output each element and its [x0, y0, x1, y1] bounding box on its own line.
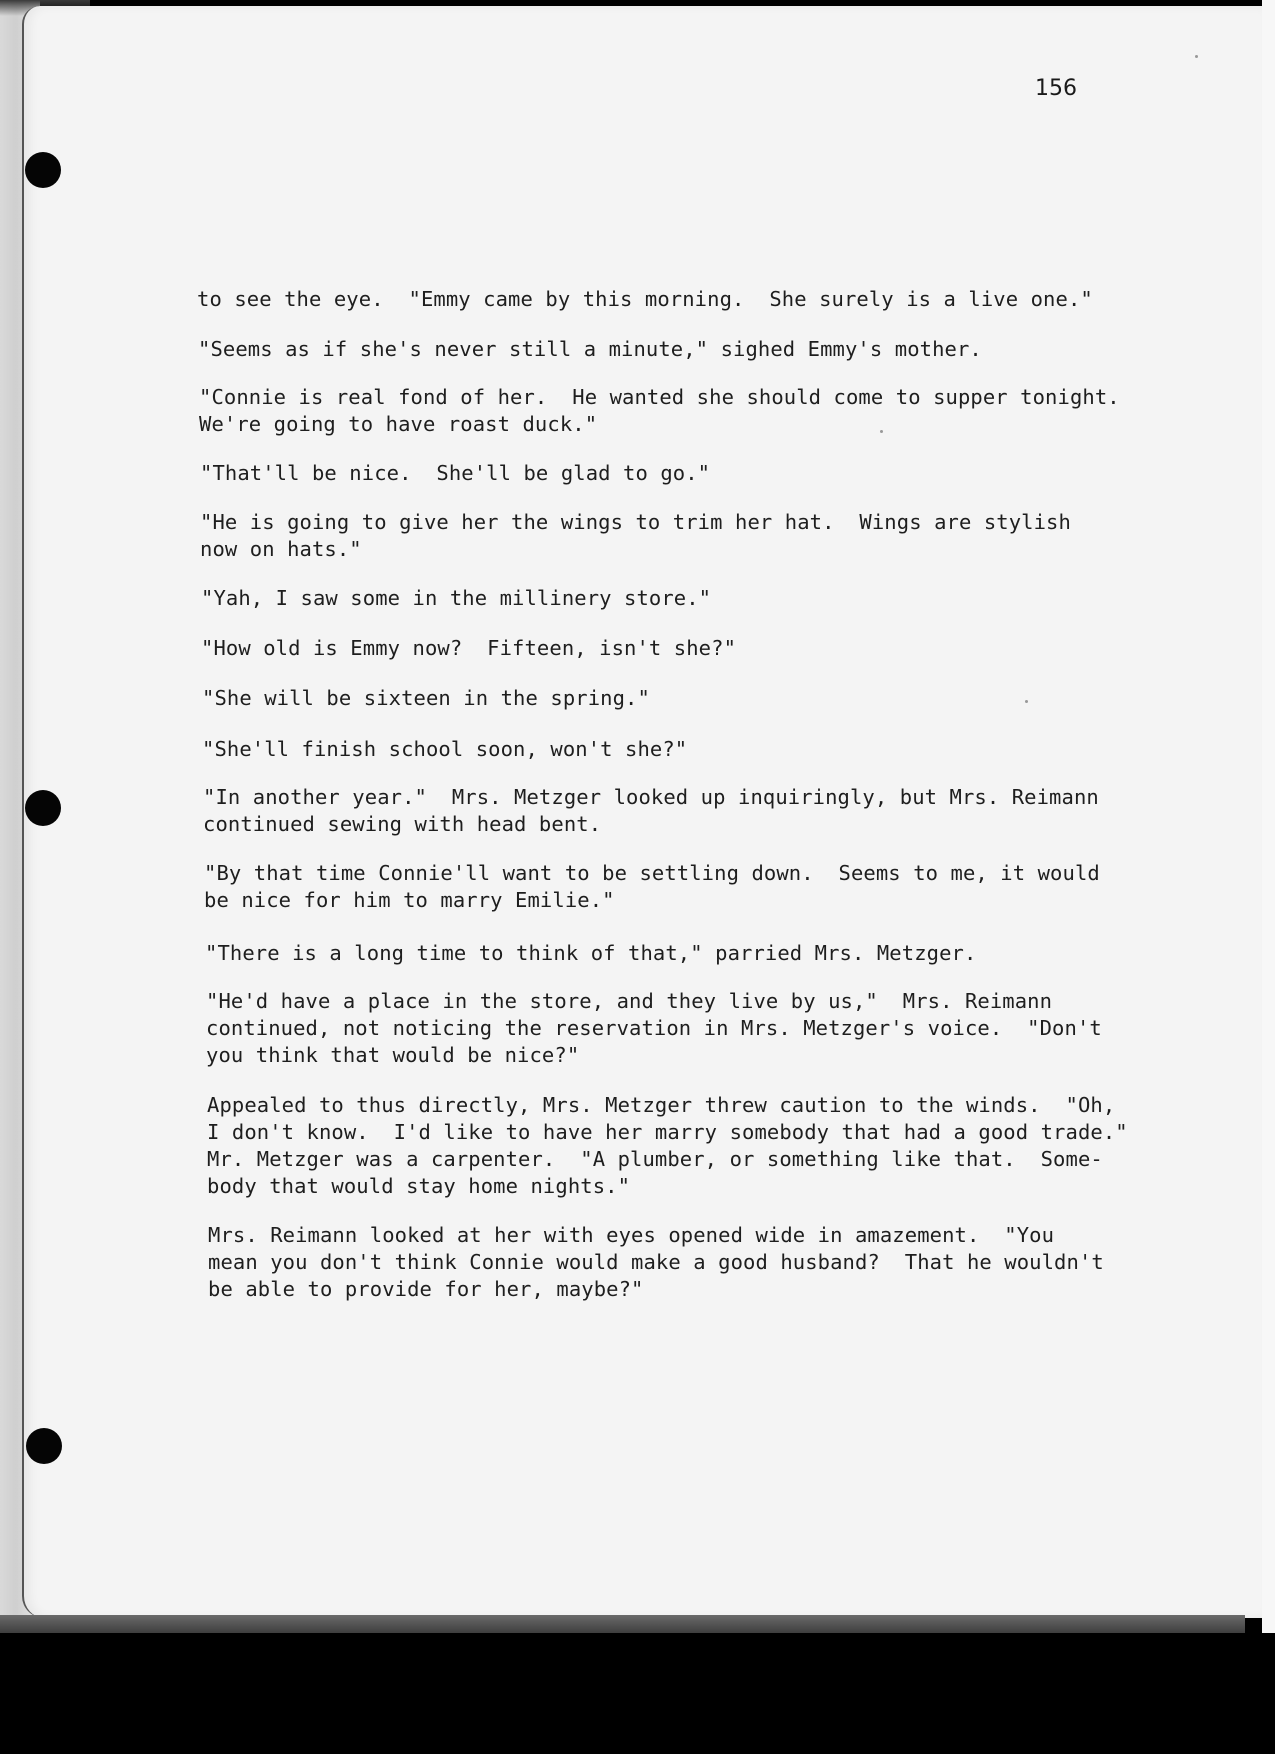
paragraph-5-line-1: "He is going to give her the wings to tr… — [200, 509, 1071, 536]
paper-speck — [1025, 700, 1028, 703]
paragraph-11-line-1: "By that time Connie'll want to be settl… — [204, 860, 1100, 887]
paragraph-14-line-3: Mr. Metzger was a carpenter. "A plumber,… — [207, 1146, 1103, 1173]
paragraph-8-line-1: "She will be sixteen in the spring." — [202, 685, 650, 712]
paragraph-14-line-2: I don't know. I'd like to have her marry… — [207, 1119, 1128, 1146]
paragraph-15-line-1: Mrs. Reimann looked at her with eyes ope… — [208, 1222, 1054, 1249]
paragraph-13-line-3: you think that would be nice?" — [206, 1042, 579, 1069]
paragraph-10-line-2: continued sewing with head bent. — [203, 811, 601, 838]
paragraph-5-line-2: now on hats." — [200, 536, 362, 563]
paragraph-13-line-2: continued, not noticing the reservation … — [206, 1015, 1102, 1042]
paragraph-1-line-1: to see the eye. "Emmy came by this morni… — [197, 286, 1093, 313]
scan-right-margin — [1262, 0, 1275, 1633]
paper-speck — [880, 430, 883, 433]
scanned-page: 156 to see the eye. "Emmy came by this m… — [0, 0, 1275, 1754]
paragraph-7-line-1: "How old is Emmy now? Fifteen, isn't she… — [201, 635, 736, 662]
paragraph-12-line-1: "There is a long time to think of that,"… — [205, 940, 976, 967]
paper-speck — [1195, 55, 1198, 58]
page-bottom-edge — [0, 1615, 1245, 1635]
paragraph-3-line-2: We're going to have roast duck." — [199, 411, 597, 438]
binder-hole-middle — [25, 790, 61, 826]
binder-hole-bottom — [26, 1428, 62, 1464]
paragraph-15-line-2: mean you don't think Connie would make a… — [208, 1249, 1104, 1276]
paragraph-3-line-1: "Connie is real fond of her. He wanted s… — [199, 384, 1120, 411]
paragraph-14-line-4: body that would stay home nights." — [207, 1173, 630, 1200]
paragraph-11-line-2: be nice for him to marry Emilie." — [204, 887, 615, 914]
paragraph-10-line-1: "In another year." Mrs. Metzger looked u… — [203, 784, 1099, 811]
scanner-background — [0, 1633, 1275, 1754]
paragraph-2-line-1: "Seems as if she's never still a minute,… — [198, 336, 982, 363]
paragraph-6-line-1: "Yah, I saw some in the millinery store.… — [201, 585, 711, 612]
paragraph-13-line-1: "He'd have a place in the store, and the… — [206, 988, 1052, 1015]
paragraph-15-line-3: be able to provide for her, maybe?" — [208, 1276, 643, 1303]
paragraph-9-line-1: "She'll finish school soon, won't she?" — [202, 736, 687, 763]
page-number: 156 — [1035, 76, 1077, 101]
binder-hole-top — [25, 152, 61, 188]
paragraph-14-line-1: Appealed to thus directly, Mrs. Metzger … — [207, 1092, 1115, 1119]
paragraph-4-line-1: "That'll be nice. She'll be glad to go." — [200, 460, 710, 487]
